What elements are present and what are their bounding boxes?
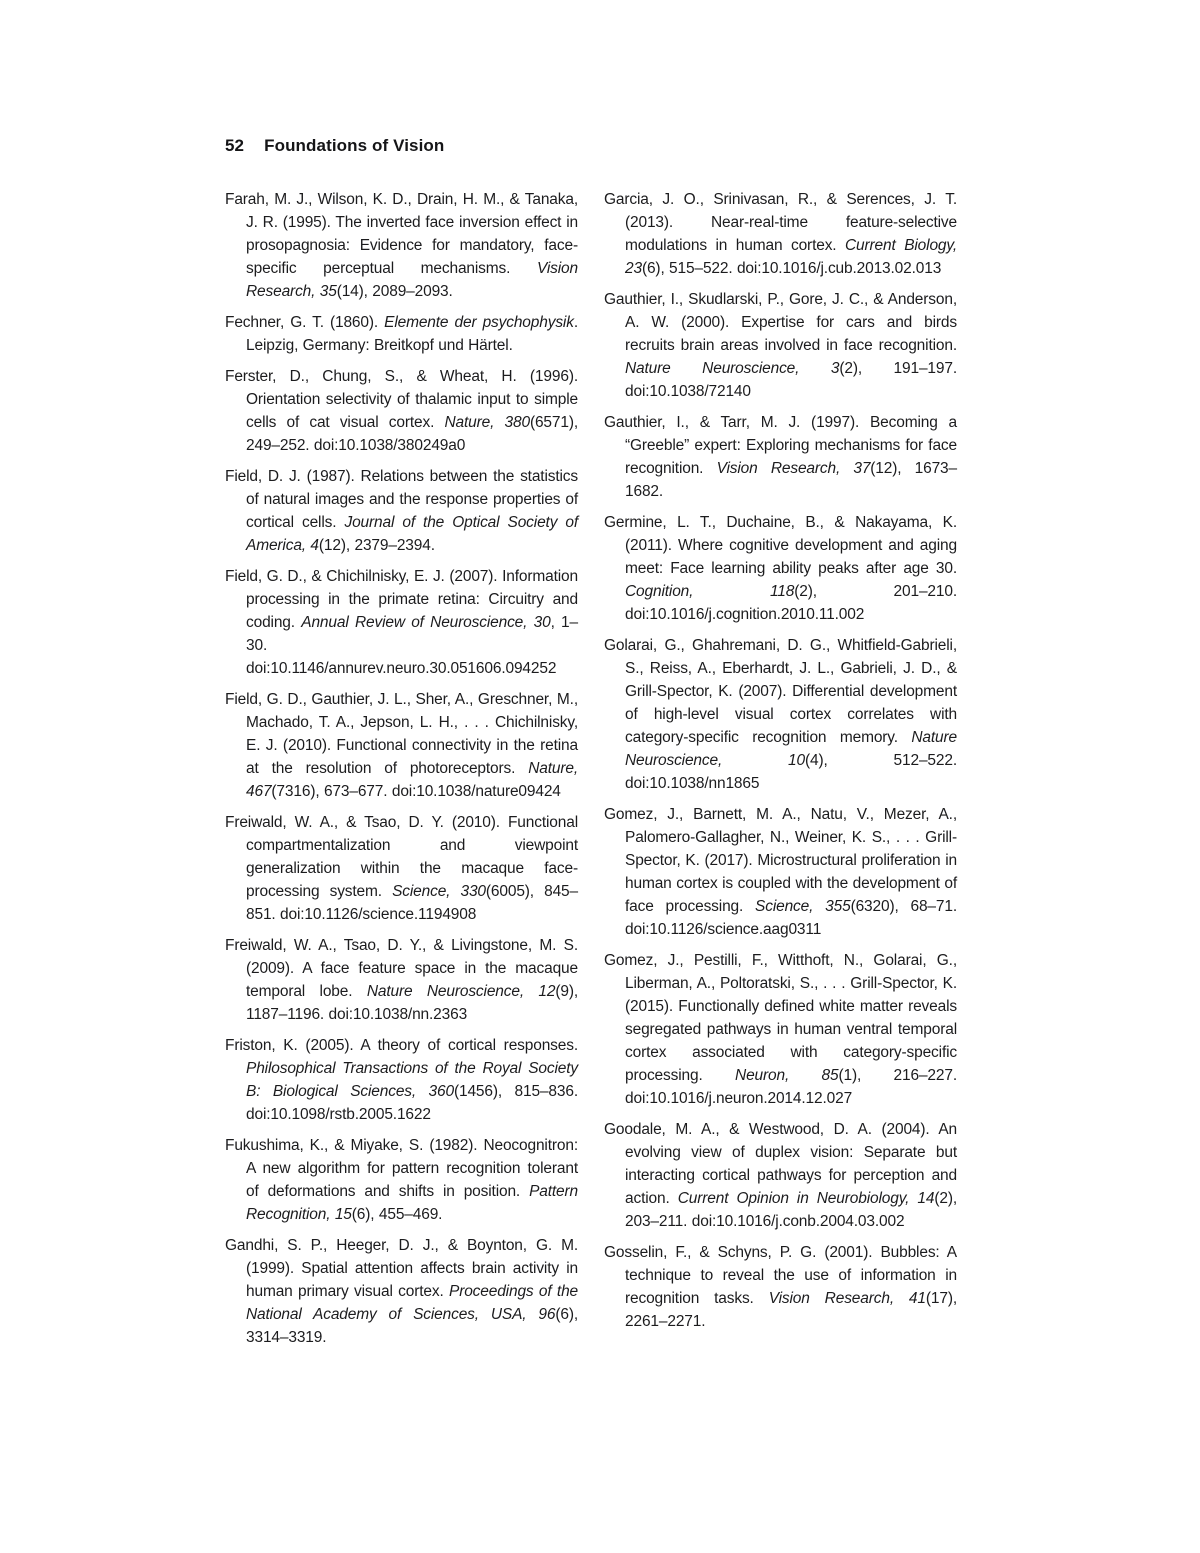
reference-text: Fechner, G. T. (1860).: [225, 314, 384, 331]
book-title: Foundations of Vision: [264, 136, 444, 156]
book-page: 52 Foundations of Vision Farah, M. J., W…: [0, 0, 1200, 1553]
reference-entry: Friston, K. (2005). A theory of cortical…: [225, 1034, 578, 1126]
reference-entry: Germine, L. T., Duchaine, B., & Nakayama…: [604, 511, 957, 626]
reference-text: Germine, L. T., Duchaine, B., & Nakayama…: [604, 514, 957, 577]
reference-entry: Field, G. D., & Chichilnisky, E. J. (200…: [225, 565, 578, 680]
reference-text: Friston, K. (2005). A theory of cortical…: [225, 1037, 578, 1054]
reference-journal-italic: Elemente der psychophysik: [384, 314, 574, 331]
reference-text: Field, G. D., Gauthier, J. L., Sher, A.,…: [225, 691, 578, 777]
reference-entry: Fukushima, K., & Miyake, S. (1982). Neoc…: [225, 1134, 578, 1226]
reference-entry: Field, G. D., Gauthier, J. L., Sher, A.,…: [225, 688, 578, 803]
reference-journal-italic: Annual Review of Neuroscience, 30: [301, 614, 550, 631]
reference-journal-italic: Nature Neuroscience, 12: [367, 983, 556, 1000]
reference-text: Golarai, G., Ghahremani, D. G., Whitfiel…: [604, 637, 957, 746]
reference-entry: Farah, M. J., Wilson, K. D., Drain, H. M…: [225, 188, 578, 303]
reference-journal-italic: Current Opinion in Neurobiology, 14: [678, 1190, 935, 1207]
reference-entry: Fechner, G. T. (1860). Elemente der psyc…: [225, 311, 578, 357]
reference-journal-italic: Vision Research, 37: [717, 460, 871, 477]
running-head: 52 Foundations of Vision: [225, 136, 444, 156]
references-column-right: Garcia, J. O., Srinivasan, R., & Serence…: [604, 188, 957, 1357]
reference-entry: Gauthier, I., & Tarr, M. J. (1997). Beco…: [604, 411, 957, 503]
reference-entry: Gomez, J., Pestilli, F., Witthoft, N., G…: [604, 949, 957, 1110]
reference-text: (6), 515–522. doi:10.1016/j.cub.2013.02.…: [642, 260, 941, 277]
references-section: Farah, M. J., Wilson, K. D., Drain, H. M…: [225, 188, 957, 1357]
reference-entry: Goodale, M. A., & Westwood, D. A. (2004)…: [604, 1118, 957, 1233]
reference-entry: Golarai, G., Ghahremani, D. G., Whitfiel…: [604, 634, 957, 795]
reference-text: (12), 2379–2394.: [319, 537, 435, 554]
reference-text: (7316), 673–677. doi:10.1038/nature09424: [271, 783, 560, 800]
reference-text: Farah, M. J., Wilson, K. D., Drain, H. M…: [225, 191, 578, 277]
reference-entry: Field, D. J. (1987). Relations between t…: [225, 465, 578, 557]
reference-text: (14), 2089–2093.: [337, 283, 453, 300]
reference-journal-italic: Science, 330: [392, 883, 486, 900]
reference-journal-italic: Vision Research, 41: [769, 1290, 926, 1307]
reference-text: Fukushima, K., & Miyake, S. (1982). Neoc…: [225, 1137, 578, 1200]
reference-journal-italic: Science, 355: [755, 898, 851, 915]
reference-journal-italic: Nature Neuroscience, 3: [625, 360, 839, 377]
reference-entry: Gomez, J., Barnett, M. A., Natu, V., Mez…: [604, 803, 957, 941]
reference-entry: Gosselin, F., & Schyns, P. G. (2001). Bu…: [604, 1241, 957, 1333]
reference-entry: Gandhi, S. P., Heeger, D. J., & Boynton,…: [225, 1234, 578, 1349]
reference-journal-italic: Cognition, 118: [625, 583, 794, 600]
references-column-left: Farah, M. J., Wilson, K. D., Drain, H. M…: [225, 188, 578, 1357]
reference-text: Gauthier, I., Skudlarski, P., Gore, J. C…: [604, 291, 957, 354]
reference-entry: Ferster, D., Chung, S., & Wheat, H. (199…: [225, 365, 578, 457]
reference-text: Gomez, J., Pestilli, F., Witthoft, N., G…: [604, 952, 957, 1084]
reference-entry: Gauthier, I., Skudlarski, P., Gore, J. C…: [604, 288, 957, 403]
reference-entry: Garcia, J. O., Srinivasan, R., & Serence…: [604, 188, 957, 280]
reference-journal-italic: Neuron, 85: [735, 1067, 838, 1084]
reference-text: (6), 455–469.: [352, 1206, 443, 1223]
page-number: 52: [225, 136, 244, 156]
reference-entry: Freiwald, W. A., & Tsao, D. Y. (2010). F…: [225, 811, 578, 926]
reference-journal-italic: Nature, 380: [445, 414, 530, 431]
reference-entry: Freiwald, W. A., Tsao, D. Y., & Livingst…: [225, 934, 578, 1026]
